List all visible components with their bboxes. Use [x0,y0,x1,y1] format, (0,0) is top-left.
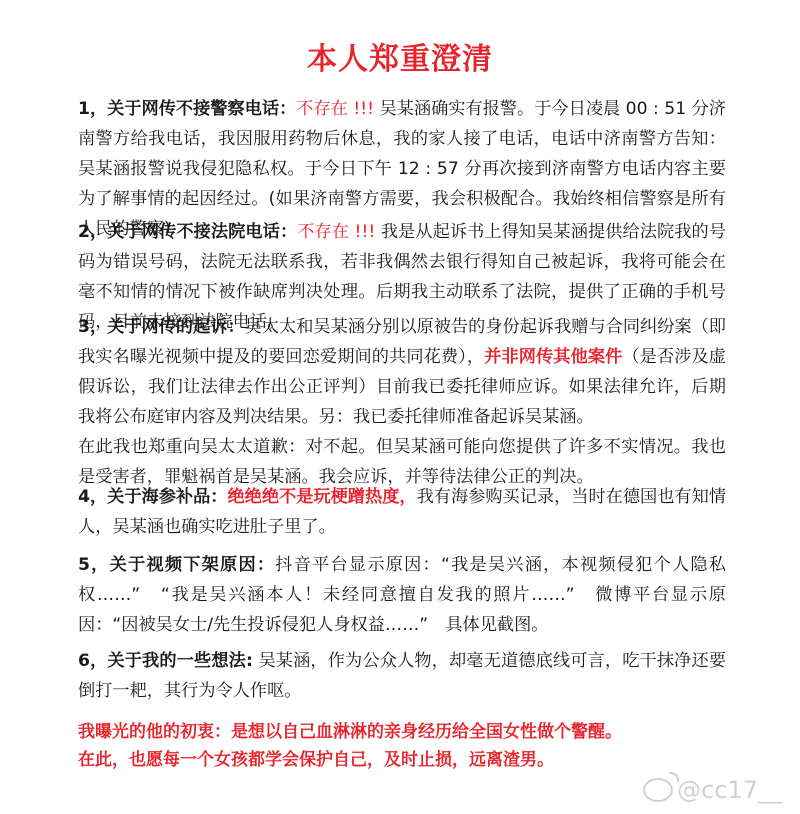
section-3: 3，关于网传的起诉：吴太太和吴某涵分别以原被告的身份起诉我赠与合同纠纷案（即我实… [78,312,726,492]
watermark-handle: @cc17__ [677,776,782,804]
section-1-lead: 1，关于网传不接警察电话： [78,99,296,119]
weibo-logo-icon [643,778,673,802]
section-5-lead: 5，关于视频下架原因： [78,555,275,575]
section-6-lead: 6，关于我的一些想法: [78,651,253,671]
section-2-lead: 2，关于网传不接法院电话： [78,222,297,242]
section-4-highlight: 绝绝绝不是玩梗蹭热度， [227,487,416,507]
section-2-highlight: 不存在 !!! [297,222,375,242]
watermark: @cc17__ [643,776,782,804]
section-4-lead: 4，关于海参补品： [78,487,227,507]
section-4: 4，关于海参补品：绝绝绝不是玩梗蹭热度，我有海参购买记录，当时在德国也有知情人，… [78,482,726,542]
page-title: 本人郑重澄清 [0,34,800,78]
section-5: 5，关于视频下架原因：抖音平台显示原因：“我是吴兴涵，本视频侵犯个人隐私权……”… [78,550,726,640]
section-3-highlight: 并非网传其他案件 [484,347,622,367]
closing-line-2: 在此，也愿每一个女孩都学会保护自己，及时止损，远离渣男。 [78,746,726,774]
section-1-highlight: 不存在 !!! [296,99,374,119]
closing-statement: 我曝光的他的初衷：是想以自己血淋淋的亲身经历给全国女性做个警醒。 在此，也愿每一… [78,718,726,774]
closing-line-1: 我曝光的他的初衷：是想以自己血淋淋的亲身经历给全国女性做个警醒。 [78,718,726,746]
section-3-lead: 3，关于网传的起诉： [78,317,245,337]
section-6: 6，关于我的一些想法: 吴某涵，作为公众人物，却毫无道德底线可言，吃干抹净还要倒… [78,646,726,706]
